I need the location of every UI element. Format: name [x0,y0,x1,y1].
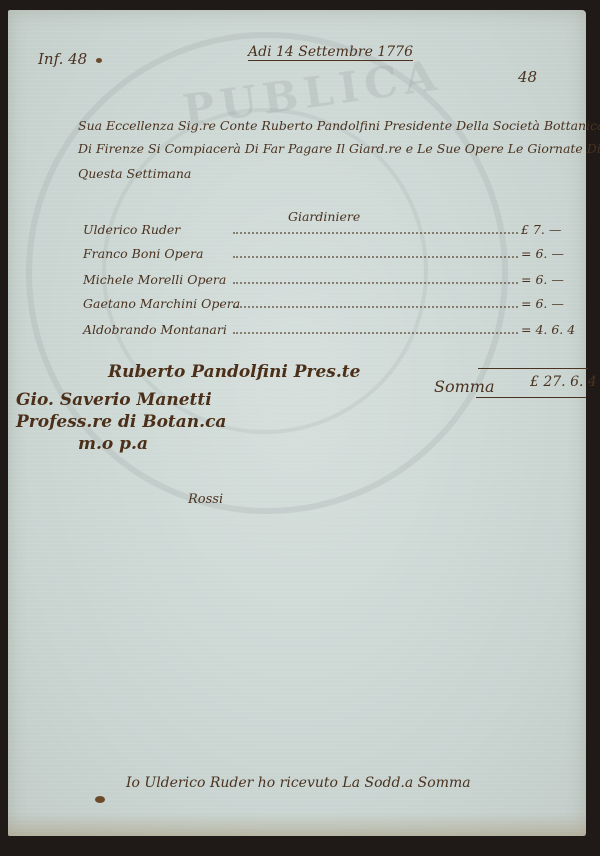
body-line: Sua Eccellenza Sig.re Conte Ruberto Pand… [78,118,600,133]
page-number: 48 [518,68,537,86]
leader-dots [233,306,518,308]
entry-name: Michele Morelli Opera [83,272,226,287]
ink-blot [95,796,105,803]
reference-note: Inf. 48 [38,50,87,68]
signature-manetti: Gio. Saverio Manetti [16,390,212,410]
date-line: Adi 14 Settembre 1776 [248,44,413,61]
total-rule-top [478,368,588,369]
entry-name: Franco Boni Opera [83,246,203,261]
total-rule-bottom [476,397,586,398]
entry-row: Aldobrando Montanari = 4. 6. 4 [83,322,593,340]
ink-blot [96,58,102,63]
entry-amount: £ 7. — [521,222,593,237]
watermark-stamp-inner-ring [102,108,428,434]
leader-dots [233,332,518,334]
total-amount: £ 27. 6. 4 [530,374,597,390]
entry-name: Aldobrando Montanari [83,322,227,337]
signature-title: Profess.re di Botan.ca [16,412,226,432]
body-line: Di Firenze Si Compiacerà Di Far Pagare I… [78,141,600,156]
manuscript-page: PUBLICA Inf. 48 Adi 14 Settembre 1776 48… [8,10,586,836]
leader-dots [233,282,518,284]
entry-amount: = 6. — [521,296,593,311]
entry-row: Ulderico Ruder £ 7. — [83,222,593,240]
signature-closing: m.o p.a [78,434,148,454]
entry-amount: = 6. — [521,246,593,261]
entry-row: Franco Boni Opera = 6. — [83,246,593,264]
leader-dots [233,256,518,258]
receipt-line: Io Ulderico Ruder ho ricevuto La Sodd.a … [126,775,471,791]
entry-row: Gaetano Marchini Opera = 6. — [83,296,593,314]
body-line: Questa Settimana [78,166,191,181]
entry-row: Michele Morelli Opera = 6. — [83,272,593,290]
entry-amount: = 4. 6. 4 [521,322,593,337]
entry-amount: = 6. — [521,272,593,287]
leader-dots [233,232,518,234]
initials: Rossi [188,492,223,507]
signature-president: Ruberto Pandolfini Pres.te [108,362,360,382]
entry-name: Gaetano Marchini Opera [83,296,240,311]
total-label: Somma [434,377,494,396]
entry-name: Ulderico Ruder [83,222,180,237]
